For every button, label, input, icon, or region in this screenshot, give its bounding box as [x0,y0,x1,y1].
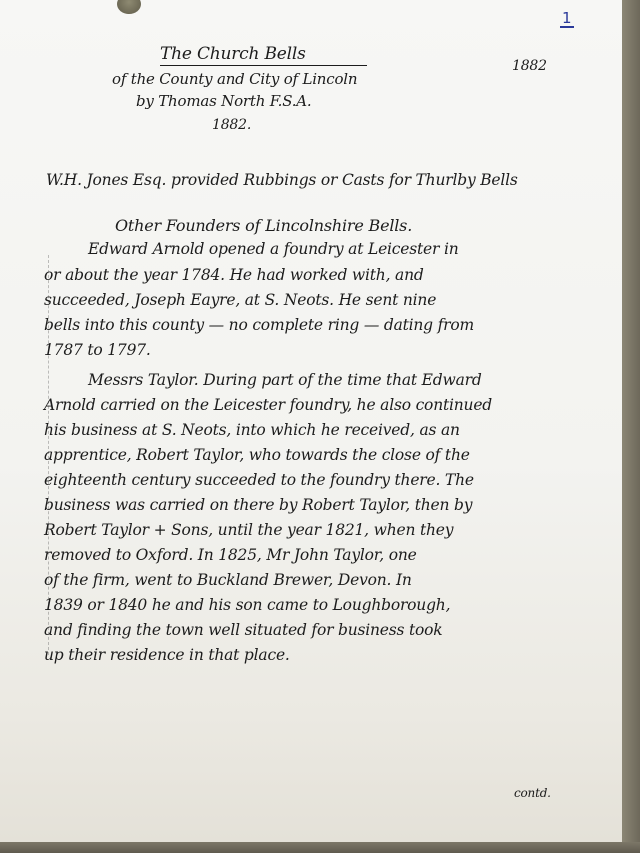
continued-note: contd. [514,786,551,800]
body-line: and finding the town well situated for b… [44,621,443,639]
hole-punch [117,0,141,14]
body-line: of the firm, went to Buckland Brewer, De… [44,571,412,589]
body-line: or about the year 1784. He had worked wi… [44,266,424,284]
body-line: eighteenth century succeeded to the foun… [44,471,474,489]
body-line: removed to Oxford. In 1825, Mr John Tayl… [44,546,417,564]
document-title: The Church Bells [160,44,367,66]
body-line: Edward Arnold opened a foundry at Leices… [88,240,458,258]
body-line: Arnold carried on the Leicester foundry,… [44,396,492,414]
body-line: Robert Taylor + Sons, until the year 182… [44,521,453,539]
body-line: up their residence in that place. [44,646,290,664]
background-edge-bottom [0,842,640,853]
document-page: 1 The Church Bells 1882 of the County an… [0,0,622,842]
body-line: his business at S. Neots, into which he … [44,421,460,439]
body-line: succeeded, Joseph Eayre, at S. Neots. He… [44,291,436,309]
body-line: apprentice, Robert Taylor, who towards t… [44,446,470,464]
body-line: Messrs Taylor. During part of the time t… [88,371,482,389]
body-line: 1839 or 1840 he and his son came to Loug… [44,596,450,614]
subtitle-year: 1882. [212,117,251,133]
body-line: 1787 to 1797. [44,341,151,359]
page-number: 1 [560,10,574,28]
year-margin-note: 1882 [512,58,547,74]
section-heading: Other Founders of Lincolnshire Bells. [115,216,412,235]
subtitle-author: by Thomas North F.S.A. [136,92,312,110]
body-line: business was carried on there by Robert … [44,496,472,514]
subtitle-county-city: of the County and City of Lincoln [112,70,357,88]
rubbings-note: W.H. Jones Esq. provided Rubbings or Cas… [46,171,518,189]
background-edge-right [622,0,640,853]
body-line: bells into this county — no complete rin… [44,316,474,334]
